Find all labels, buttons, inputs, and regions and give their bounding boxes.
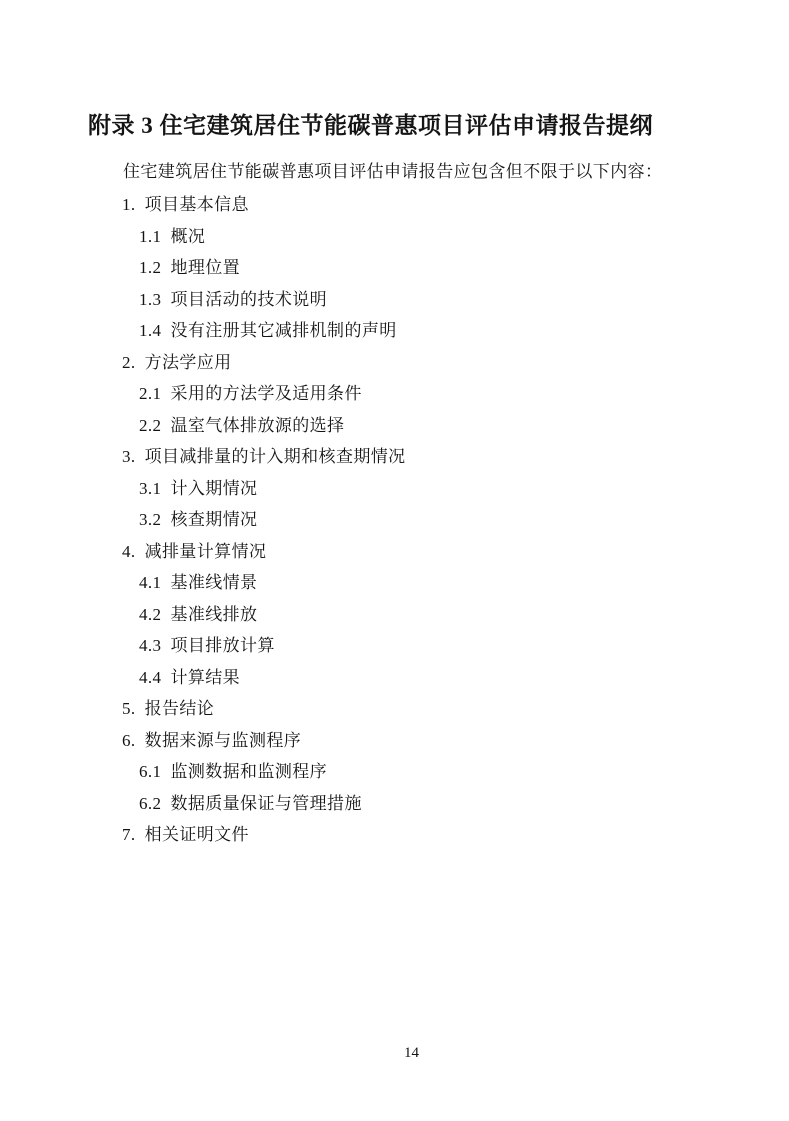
outline-item: 2.2温室气体排放源的选择 (122, 410, 682, 442)
outline-item-label: 项目减排量的计入期和核查期情况 (145, 447, 406, 466)
outline-item-number: 1.1 (139, 227, 161, 246)
outline-item: 4.2基准线排放 (122, 599, 682, 631)
outline-item: 3.项目减排量的计入期和核查期情况 (122, 441, 682, 473)
outline-item-number: 3. (122, 447, 136, 466)
outline-item: 3.2核查期情况 (122, 504, 682, 536)
outline-item-number: 4.3 (139, 636, 161, 655)
outline-item: 1.项目基本信息 (122, 189, 682, 221)
outline-item: 4.3项目排放计算 (122, 630, 682, 662)
outline-item-label: 概况 (170, 227, 205, 246)
outline-item-label: 项目活动的技术说明 (170, 290, 327, 309)
outline-list: 1.项目基本信息1.1概况1.2地理位置1.3项目活动的技术说明1.4没有注册其… (122, 189, 682, 851)
outline-item-number: 7. (122, 825, 136, 844)
outline-item-label: 数据来源与监测程序 (145, 731, 302, 750)
outline-item: 6.1监测数据和监测程序 (122, 756, 682, 788)
outline-item-number: 1.2 (139, 258, 161, 277)
outline-item-label: 地理位置 (170, 258, 240, 277)
outline-item-number: 2.2 (139, 416, 161, 435)
outline-item-label: 基准线情景 (170, 573, 257, 592)
outline-item: 2.1采用的方法学及适用条件 (122, 378, 682, 410)
outline-item-number: 4. (122, 542, 136, 561)
outline-item: 7.相关证明文件 (122, 819, 682, 851)
outline-item-label: 项目排放计算 (170, 636, 274, 655)
outline-item: 6.数据来源与监测程序 (122, 725, 682, 757)
outline-item: 1.3项目活动的技术说明 (122, 284, 682, 316)
intro-paragraph: 住宅建筑居住节能碳普惠项目评估申请报告应包含但不限于以下内容： (123, 160, 662, 184)
outline-item: 5.报告结论 (122, 693, 682, 725)
outline-item-label: 计算结果 (170, 668, 240, 687)
outline-item-label: 采用的方法学及适用条件 (170, 384, 361, 403)
page-number: 14 (404, 1044, 419, 1062)
outline-item: 2.方法学应用 (122, 347, 682, 379)
outline-item-label: 报告结论 (145, 699, 215, 718)
outline-item-label: 基准线排放 (170, 605, 257, 624)
outline-item-number: 2. (122, 353, 136, 372)
outline-item-label: 减排量计算情况 (145, 542, 267, 561)
outline-item-label: 计入期情况 (170, 479, 257, 498)
outline-item-label: 项目基本信息 (145, 195, 249, 214)
outline-item-number: 4.2 (139, 605, 161, 624)
document-page: 附录 3 住宅建筑居住节能碳普惠项目评估申请报告提纲 住宅建筑居住节能碳普惠项目… (0, 0, 789, 1121)
outline-item-number: 6.1 (139, 762, 161, 781)
outline-item: 1.2地理位置 (122, 252, 682, 284)
outline-item-number: 1.3 (139, 290, 161, 309)
outline-item-label: 监测数据和监测程序 (170, 762, 327, 781)
outline-item: 1.4没有注册其它减排机制的声明 (122, 315, 682, 347)
outline-item-number: 1.4 (139, 321, 161, 340)
outline-item: 4.1基准线情景 (122, 567, 682, 599)
appendix-title: 附录 3 住宅建筑居住节能碳普惠项目评估申请报告提纲 (88, 112, 653, 140)
outline-item-number: 5. (122, 699, 136, 718)
outline-item-label: 没有注册其它减排机制的声明 (170, 321, 396, 340)
outline-item-label: 温室气体排放源的选择 (170, 416, 344, 435)
outline-item-number: 4.1 (139, 573, 161, 592)
outline-item-label: 核查期情况 (170, 510, 257, 529)
outline-item-number: 4.4 (139, 668, 161, 687)
outline-item-number: 6. (122, 731, 136, 750)
outline-item-number: 6.2 (139, 794, 161, 813)
outline-item-number: 3.1 (139, 479, 161, 498)
outline-item: 6.2数据质量保证与管理措施 (122, 788, 682, 820)
outline-item: 4.4计算结果 (122, 662, 682, 694)
outline-item: 3.1计入期情况 (122, 473, 682, 505)
outline-item-label: 方法学应用 (145, 353, 232, 372)
outline-item-number: 1. (122, 195, 136, 214)
outline-item: 1.1概况 (122, 221, 682, 253)
outline-item-number: 3.2 (139, 510, 161, 529)
outline-item-label: 数据质量保证与管理措施 (170, 794, 361, 813)
outline-item-label: 相关证明文件 (145, 825, 249, 844)
outline-item: 4.减排量计算情况 (122, 536, 682, 568)
outline-item-number: 2.1 (139, 384, 161, 403)
